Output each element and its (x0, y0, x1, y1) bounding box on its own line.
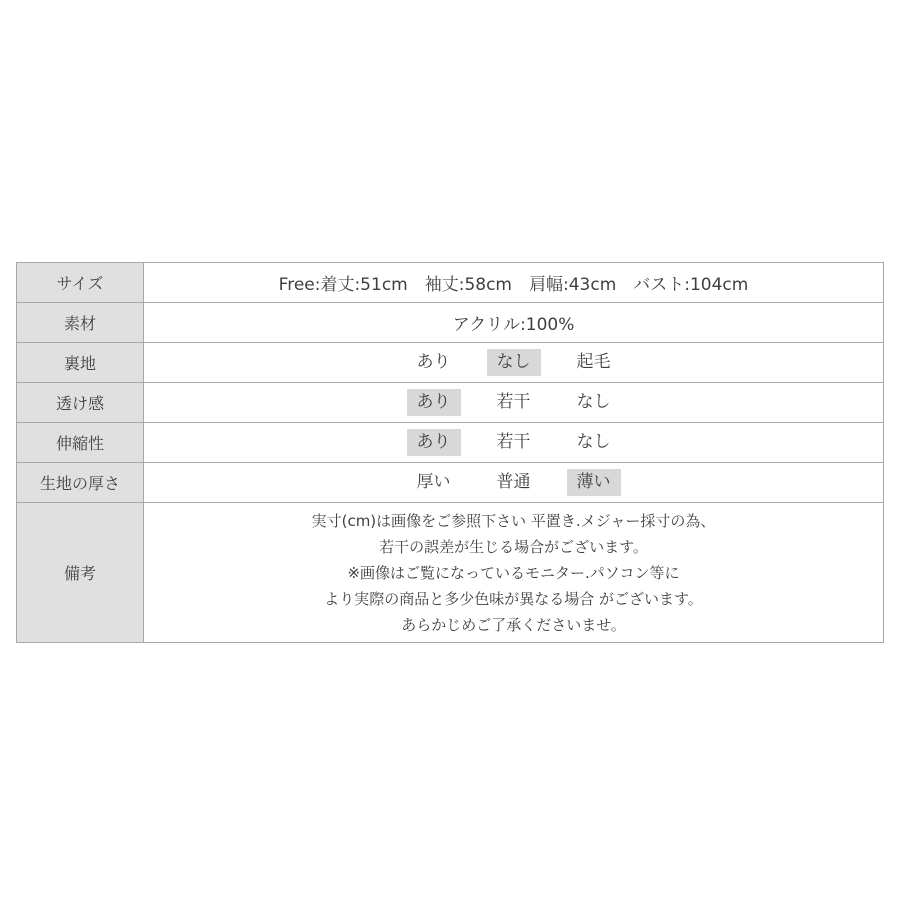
spec-row-size: サイズ Free:着丈:51cm 袖丈:58cm 肩幅:43cm バスト:104… (17, 263, 884, 303)
spec-row-label: 透け感 (17, 383, 144, 423)
spec-row-label: 備考 (17, 503, 144, 643)
spec-option: 厚い (407, 469, 461, 495)
spec-row-value: アクリル:100% (144, 303, 884, 343)
spec-row-value: あり若干なし (144, 383, 884, 423)
spec-row-label: 裏地 (17, 343, 144, 383)
spec-option: 起毛 (567, 349, 621, 375)
spec-option: あり (407, 349, 461, 375)
spec-option: あり (407, 389, 461, 415)
spec-row-lining: 裏地 ありなし起毛 (17, 343, 884, 383)
spec-option: なし (487, 349, 541, 375)
remarks-line: あらかじめご了承くださいませ。 (144, 612, 883, 638)
spec-option: 普通 (487, 469, 541, 495)
spec-row-thickness: 生地の厚さ 厚い普通薄い (17, 463, 884, 503)
spec-row-label: 素材 (17, 303, 144, 343)
product-spec-page: サイズ Free:着丈:51cm 袖丈:58cm 肩幅:43cm バスト:104… (0, 0, 900, 900)
remarks-line: ※画像はご覧になっているモニター.パソコン等に (144, 560, 883, 586)
spec-row-value: 厚い普通薄い (144, 463, 884, 503)
spec-option: なし (567, 429, 621, 455)
spec-row-label: 生地の厚さ (17, 463, 144, 503)
spec-option: 若干 (487, 429, 541, 455)
spec-row-stretch: 伸縮性 あり若干なし (17, 423, 884, 463)
spec-row-value: Free:着丈:51cm 袖丈:58cm 肩幅:43cm バスト:104cm (144, 263, 884, 303)
spec-row-remarks: 備考 実寸(cm)は画像をご参照下さい 平置き.メジャー採寸の為、 若干の誤差が… (17, 503, 884, 643)
spec-option: なし (567, 389, 621, 415)
remarks-line: より実際の商品と多少色味が異なる場合 がございます。 (144, 586, 883, 612)
remarks-line: 実寸(cm)は画像をご参照下さい 平置き.メジャー採寸の為、 (144, 508, 883, 534)
spec-row-label: サイズ (17, 263, 144, 303)
spec-option: 若干 (487, 389, 541, 415)
spec-option: 薄い (567, 469, 621, 495)
spec-row-sheerness: 透け感 あり若干なし (17, 383, 884, 423)
spec-row-value: あり若干なし (144, 423, 884, 463)
spec-row-material: 素材 アクリル:100% (17, 303, 884, 343)
product-spec-table: サイズ Free:着丈:51cm 袖丈:58cm 肩幅:43cm バスト:104… (16, 262, 884, 643)
spec-row-value: ありなし起毛 (144, 343, 884, 383)
remarks-line: 若干の誤差が生じる場合がございます。 (144, 534, 883, 560)
spec-row-label: 伸縮性 (17, 423, 144, 463)
spec-row-value: 実寸(cm)は画像をご参照下さい 平置き.メジャー採寸の為、 若干の誤差が生じる… (144, 503, 884, 643)
spec-option: あり (407, 429, 461, 455)
